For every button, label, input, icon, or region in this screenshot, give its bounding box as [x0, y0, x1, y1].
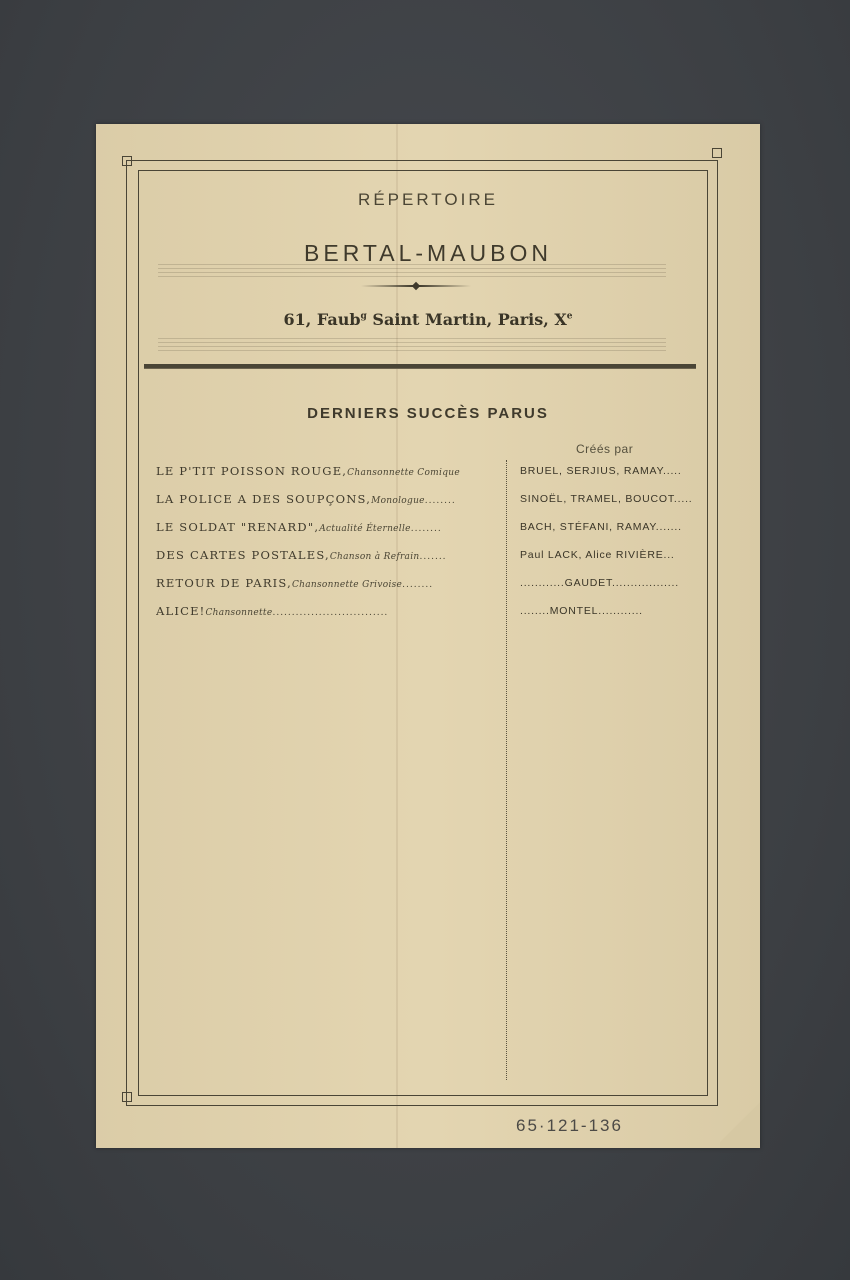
header-rule	[144, 364, 696, 369]
corner-ornament	[122, 1092, 132, 1102]
song-genre: Chansonnette Comique	[347, 468, 460, 478]
song-title: ALICE!	[156, 604, 206, 618]
leader-dots: ..............................	[272, 608, 388, 618]
divider-ornament	[361, 284, 471, 288]
song-title: LE SOLDAT "RENARD",	[156, 520, 319, 534]
folded-corner	[720, 1098, 760, 1148]
song-creators: ........MONTEL............	[520, 604, 706, 618]
song-creators: ............GAUDET..................	[520, 576, 706, 590]
song-genre: Chansonnette	[206, 608, 273, 618]
song-row: RETOUR DE PARIS,Chansonnette Grivoise...…	[156, 576, 706, 604]
leader-dots: ........	[411, 524, 442, 534]
publisher-address: 61, Faubg Saint Martin, Paris, Xe	[96, 310, 760, 329]
corner-ornament	[122, 156, 132, 166]
song-title: LA POLICE A DES SOUPÇONS,	[156, 492, 371, 506]
leader-dots: ........	[402, 580, 433, 590]
publisher-name: BERTAL-MAUBON	[96, 240, 760, 267]
song-title: LE P'TIT POISSON ROUGE,	[156, 464, 347, 478]
inner-border	[138, 170, 708, 1096]
repertoire-label: RÉPERTOIRE	[96, 190, 760, 210]
bleed-through-music-staff	[158, 338, 666, 354]
song-genre: Monologue	[371, 496, 425, 506]
song-title: DES CARTES POSTALES,	[156, 548, 330, 562]
corner-ornament	[712, 148, 722, 158]
creators-column-header: Créés par	[576, 442, 633, 456]
song-row: LE P'TIT POISSON ROUGE,Chansonnette Comi…	[156, 464, 706, 492]
song-creators: BRUEL, SERJIUS, RAMAY.....	[520, 464, 706, 478]
song-genre: Chansonnette Grivoise	[292, 580, 402, 590]
song-title: RETOUR DE PARIS,	[156, 576, 292, 590]
document-sheet: RÉPERTOIRE BERTAL-MAUBON 61, Faubg Saint…	[96, 124, 760, 1148]
song-row: ALICE!Chansonnette......................…	[156, 604, 706, 632]
song-creators: Paul LACK, Alice RIVIÈRE...	[520, 548, 706, 562]
catalog-number: 65·121-136	[516, 1116, 623, 1136]
leader-dots: ........	[425, 496, 456, 506]
section-title: DERNIERS SUCCÈS PARUS	[96, 405, 760, 422]
song-genre: Actualité Éternelle	[319, 524, 411, 534]
song-row: LA POLICE A DES SOUPÇONS,Monologue......…	[156, 492, 706, 520]
leader-dots: .......	[420, 552, 447, 562]
song-genre: Chanson à Refrain	[330, 552, 420, 562]
song-row: LE SOLDAT "RENARD",Actualité Éternelle..…	[156, 520, 706, 548]
song-creators: SINOËL, TRAMEL, BOUCOT.....	[520, 492, 706, 506]
song-list: LE P'TIT POISSON ROUGE,Chansonnette Comi…	[156, 464, 706, 632]
song-creators: BACH, STÉFANI, RAMAY.......	[520, 520, 706, 534]
song-row: DES CARTES POSTALES,Chanson à Refrain...…	[156, 548, 706, 576]
